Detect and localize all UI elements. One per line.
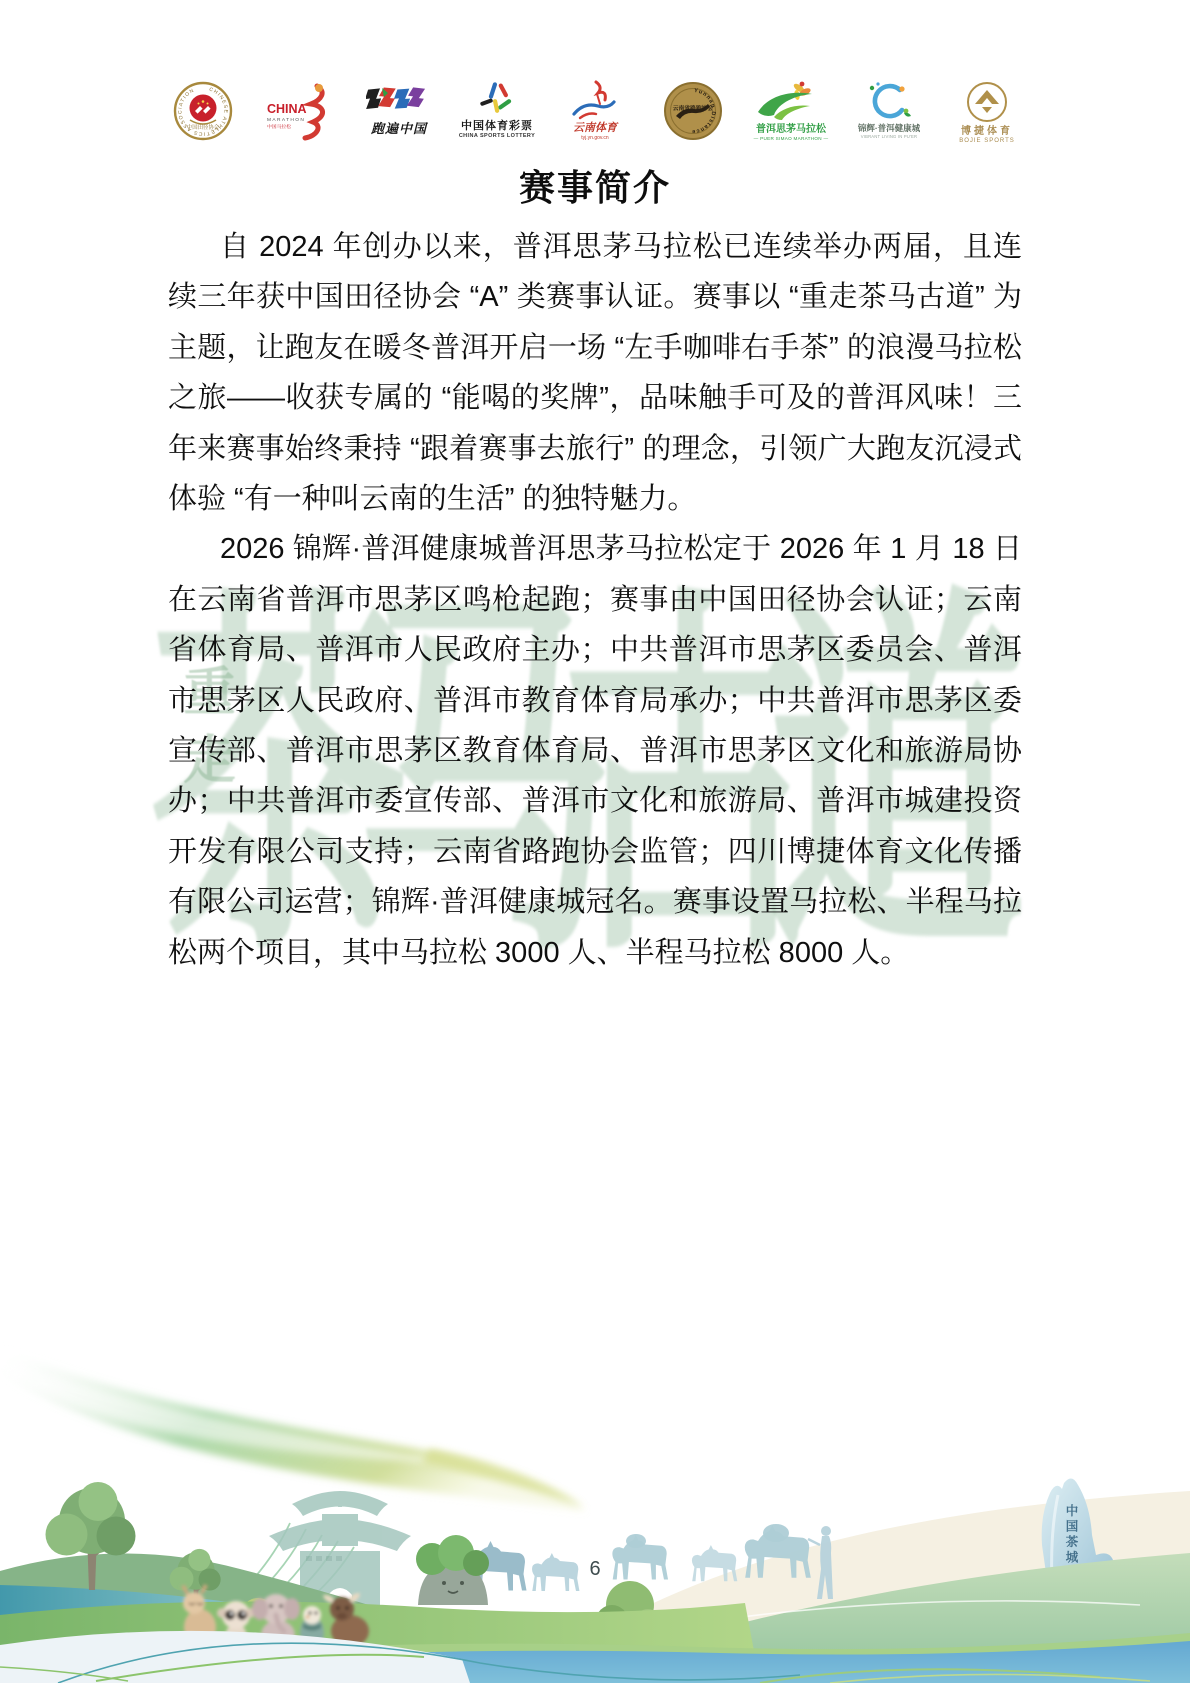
logo-yunnan-road-running-association: Yunnan Distance 云南省路跑协会 [654, 80, 732, 142]
svg-text:CHINA: CHINA [267, 102, 307, 116]
logo-yunnan-sports: 云南体育 tyj.yn.gov.cn [556, 80, 634, 141]
yunnan-sports-icon [566, 80, 624, 122]
jinhui-puer-health-city-label: 锦辉·普洱健康城 [858, 124, 920, 134]
logo-puer-simao-marathon: 普洱思茅马拉松 — PUER SIMAO MARATHON — [752, 80, 830, 141]
paragraph-event-2026-details: 2026 锦辉·普洱健康城普洱思茅马拉松定于 2026 年 1 月 18 日在云… [168, 524, 1022, 978]
puer-simao-marathon-sublabel: — PUER SIMAO MARATHON — [754, 136, 829, 142]
yunnan-sports-sublabel: tyj.yn.gov.cn [581, 135, 608, 141]
bojie-sports-sublabel: BOJIE SPORTS [959, 138, 1015, 145]
svg-text:云南省路跑协会: 云南省路跑协会 [673, 104, 714, 112]
event-introduction-body: 自 2024 年创办以来，普洱思茅马拉松已连续举办两届，且连续三年获中国田径协会… [168, 222, 1022, 978]
logo-jinhui-puer-health-city: 锦辉·普洱健康城 VIBRANT LIVING IN PU'ER [850, 80, 928, 139]
chinese-athletics-association-icon: CHINESE ATHLETICS ASSOCIATION 中国田径协会 [172, 80, 234, 142]
monument-inscription: 中国茶城 [1062, 1504, 1080, 1566]
china-sports-lottery-icon [467, 80, 527, 120]
china-marathon-icon: CHINA MARATHON 中国马拉松 [265, 80, 337, 142]
yunnan-road-running-association-icon: Yunnan Distance 云南省路跑协会 [662, 80, 724, 142]
sponsor-logo-strip: CHINESE ATHLETICS ASSOCIATION 中国田径协会 CHI… [164, 80, 1026, 145]
document-page: CHINESE ATHLETICS ASSOCIATION 中国田径协会 CHI… [0, 0, 1190, 1683]
pao-bian-zhong-guo-icon [366, 80, 432, 122]
svg-text:MARATHON: MARATHON [267, 117, 305, 123]
page-title: 赛事简介 [0, 160, 1190, 211]
pao-bian-zhong-guo-label: 跑遍中国 [371, 122, 427, 137]
jinhui-puer-health-city-icon [862, 80, 916, 124]
paragraph-event-history: 自 2024 年创办以来，普洱思茅马拉松已连续举办两届，且连续三年获中国田径协会… [168, 222, 1022, 524]
china-sports-lottery-sublabel: CHINA SPORTS LOTTERY [459, 133, 535, 140]
logo-china-marathon: CHINA MARATHON 中国马拉松 [262, 80, 340, 142]
bojie-sports-icon [962, 80, 1012, 126]
china-sports-lottery-label: 中国体育彩票 [461, 120, 533, 133]
svg-text:中国田径协会: 中国田径协会 [187, 123, 220, 131]
footer-landscape-illustration [0, 1253, 1190, 1683]
svg-text:中国马拉松: 中国马拉松 [267, 123, 291, 130]
puer-simao-marathon-label: 普洱思茅马拉松 [756, 124, 826, 136]
yunnan-sports-label: 云南体育 [573, 122, 617, 135]
logo-china-sports-lottery: 中国体育彩票 CHINA SPORTS LOTTERY [458, 80, 536, 139]
puer-simao-marathon-icon [752, 80, 830, 124]
page-number: 6 [0, 1558, 1190, 1581]
jinhui-puer-health-city-sublabel: VIBRANT LIVING IN PU'ER [861, 134, 918, 139]
logo-pao-bian-zhong-guo: 跑遍中国 [360, 80, 438, 137]
bojie-sports-label: 博捷体育 [961, 126, 1013, 138]
logo-bojie-sports: 博捷体育 BOJIE SPORTS [948, 80, 1026, 145]
logo-chinese-athletics-association: CHINESE ATHLETICS ASSOCIATION 中国田径协会 [164, 80, 242, 142]
